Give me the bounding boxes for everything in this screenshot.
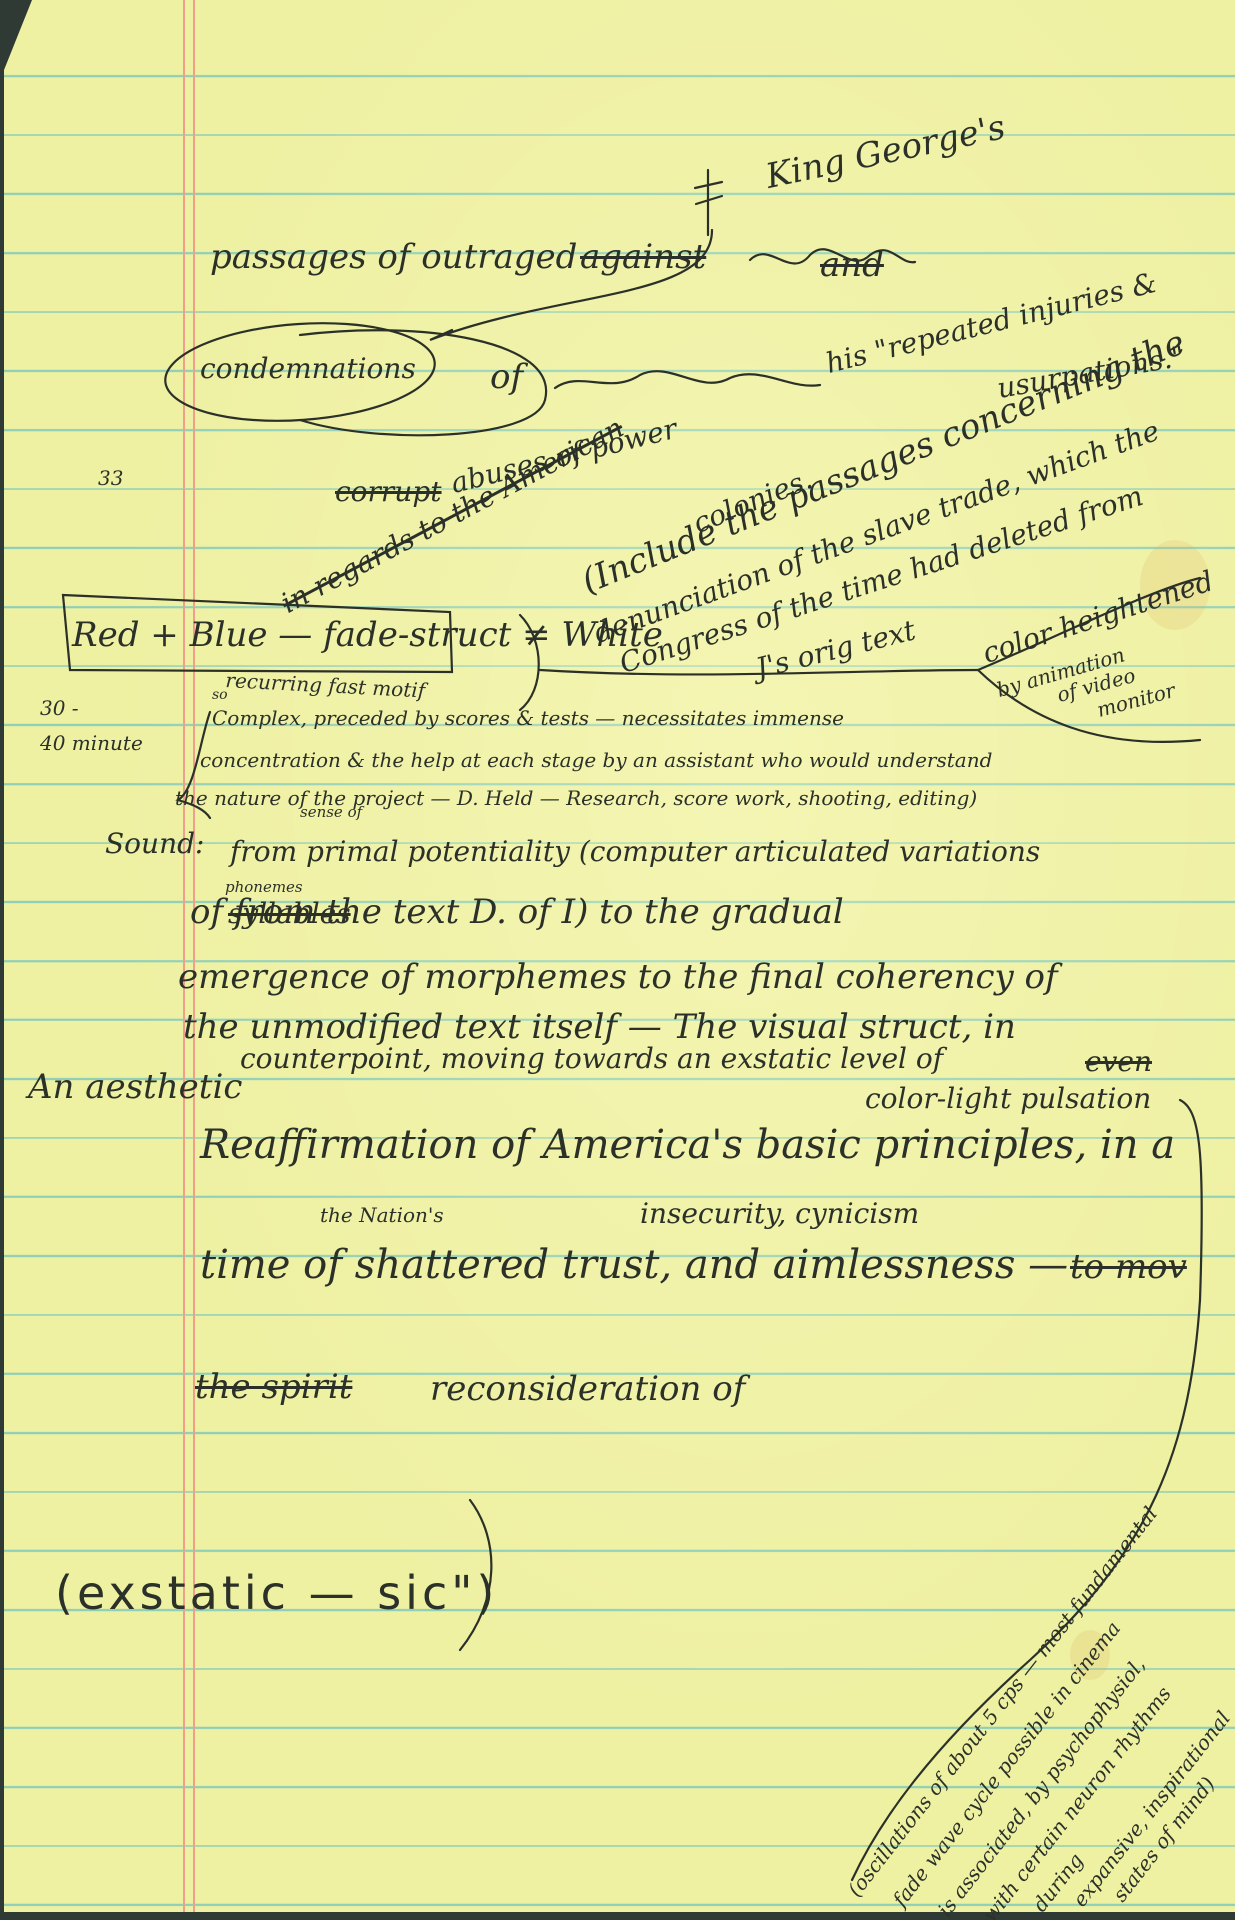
- text-struck-against: against: [580, 240, 706, 274]
- margin-line-right: [193, 0, 195, 1912]
- text-complex-insert: so: [212, 688, 228, 702]
- text-reaffirmation-insert: the Nation's: [320, 1205, 444, 1225]
- text-reaffirmation-line2: time of shattered trust, and aimlessness…: [200, 1245, 1068, 1285]
- text-reaffirmation-line1: Reaffirmation of America's basic princip…: [200, 1125, 1175, 1165]
- text-sound-line6: color-light pulsation: [865, 1085, 1151, 1113]
- page-number: 33: [98, 468, 123, 488]
- text-motif-boxed: Red + Blue — fade-struct ≠ White: [72, 618, 663, 652]
- text-sound-line1: from primal potentiality (computer artic…: [230, 838, 1040, 866]
- text-passages-outraged: passages of outraged: [210, 240, 577, 274]
- text-sound-line3: emergence of morphemes to the final cohe…: [178, 960, 1058, 994]
- text-complex-line1: Complex, preceded by scores & tests — ne…: [212, 708, 844, 728]
- text-duration-line2: 40 minute: [40, 733, 143, 753]
- text-complex-line2: concentration & the help at each stage b…: [200, 750, 992, 770]
- text-reaffirmation-struck-to-mov: to mov: [1070, 1250, 1187, 1284]
- text-sound-line5: counterpoint, moving towards an exstatic…: [240, 1045, 943, 1073]
- text-sound-line2: of from the text D. of I) to the gradual: [190, 895, 844, 929]
- text-sound-insert: sense of: [300, 805, 362, 820]
- text-of: of: [490, 360, 523, 394]
- text-exstatic-sic: (exstatic — sic"): [55, 1570, 498, 1616]
- text-struck-corrupt: corrupt: [335, 478, 442, 506]
- text-aesthetic-label: An aesthetic: [28, 1070, 242, 1104]
- text-reaffirmation-insert2: insecurity, cynicism: [640, 1200, 919, 1228]
- text-sound-line4: the unmodified text itself — The visual …: [183, 1010, 1016, 1044]
- text-struck-and: and: [820, 248, 884, 282]
- text-condemnations-circled: condemnations: [200, 355, 416, 383]
- text-reaffirmation-line3: reconsideration of: [430, 1372, 745, 1406]
- text-complex-line3: the nature of the project — D. Held — Re…: [175, 788, 977, 808]
- margin-line-left: [183, 0, 185, 1912]
- text-duration-line1: 30 -: [40, 698, 79, 718]
- text-reaffirmation-struck-the-spirit: the spirit: [195, 1370, 352, 1404]
- text-sound-label: Sound:: [105, 830, 204, 858]
- text-sound-struck-even: even: [1085, 1048, 1152, 1076]
